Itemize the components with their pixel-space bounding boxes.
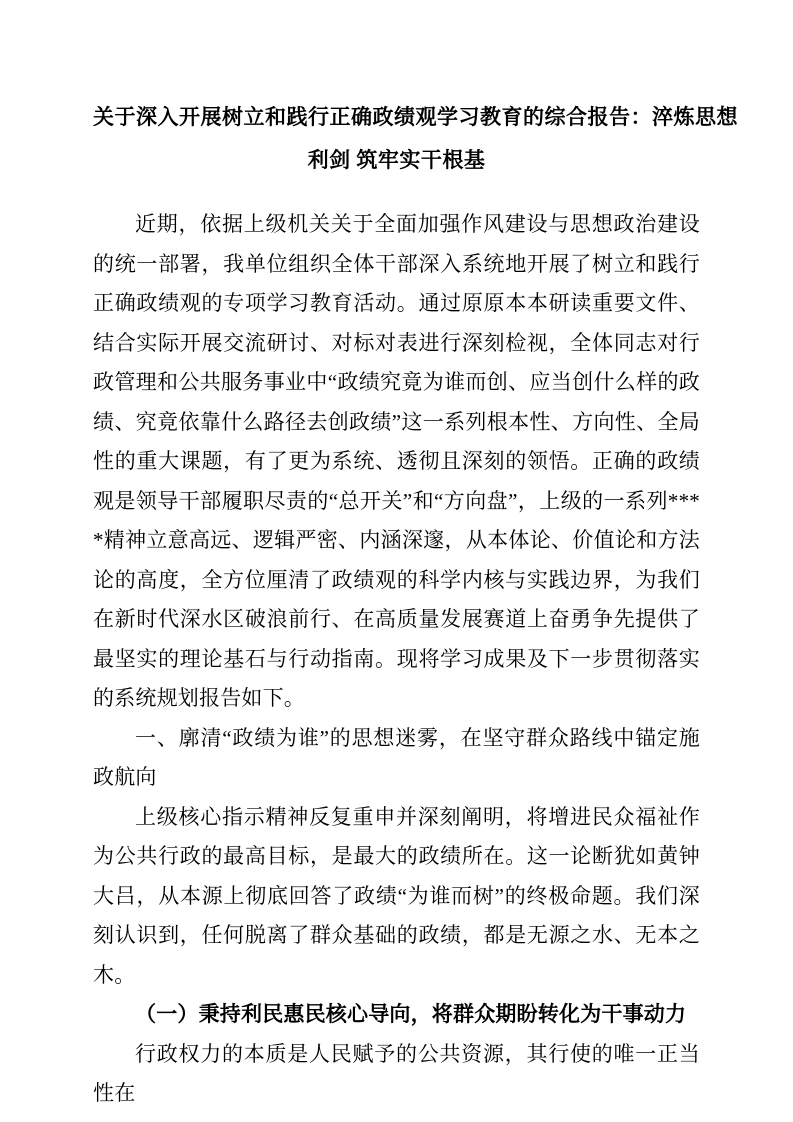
document-title-line-2: 利剑 筑牢实干根基 [93, 139, 700, 182]
paragraph-section-1: 上级核心指示精神反复重申并深刻阐明，将增进民众福祉作为公共行政的最高目标，是最大… [93, 798, 700, 996]
document-title-line-1: 关于深入开展树立和践行正确政绩观学习教育的综合报告：淬炼思想 [93, 96, 700, 139]
paragraph-intro: 近期，依据上级机关关于全面加强作风建设与思想政治建设的统一部署，我单位组织全体干… [93, 205, 700, 719]
document-title: 关于深入开展树立和践行正确政绩观学习教育的综合报告：淬炼思想 利剑 筑牢实干根基 [93, 96, 700, 182]
paragraph-subsection-1-1: 行政权力的本质是人民赋予的公共资源，其行使的唯一正当性在 [93, 1035, 700, 1114]
subsection-heading-1-1: （一）秉持利民惠民核心导向，将群众期盼转化为干事动力 [93, 995, 700, 1035]
document-page: 关于深入开展树立和践行正确政绩观学习教育的综合报告：淬炼思想 利剑 筑牢实干根基… [0, 0, 793, 1122]
section-heading-1: 一、廓清“政绩为谁”的思想迷雾，在坚守群众路线中锚定施政航向 [93, 719, 700, 798]
